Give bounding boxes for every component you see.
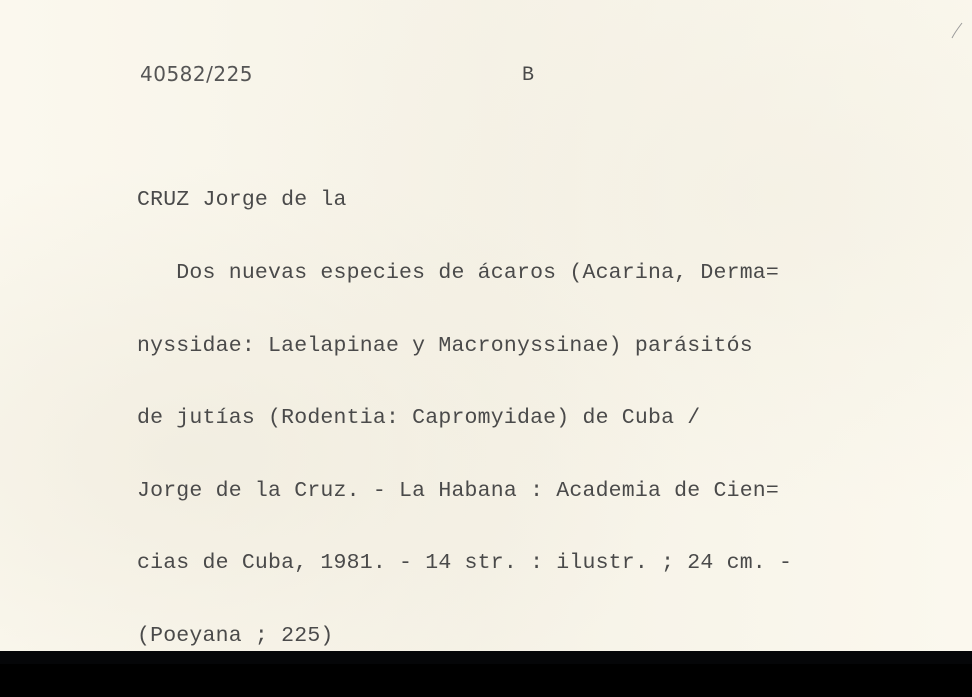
scan-border bbox=[0, 651, 972, 664]
entry-line: Jorge de la Cruz. - La Habana : Academia… bbox=[137, 479, 792, 503]
entry-line: nyssidae: Laelapinae y Macronyssinae) pa… bbox=[137, 334, 792, 358]
entry-line: cias de Cuba, 1981. - 14 str. : ilustr. … bbox=[137, 551, 792, 575]
catalog-card: 40582/225 B CRUZ Jorge de la Dos nuevas … bbox=[0, 0, 972, 651]
pencil-check-mark-icon bbox=[950, 22, 964, 40]
location-code: B bbox=[522, 64, 534, 87]
entry-line: de jutías (Rodentia: Capromyidae) de Cub… bbox=[137, 406, 792, 430]
series-statement: (Poeyana ; 225) bbox=[137, 624, 792, 648]
bibliographic-entry: CRUZ Jorge de la Dos nuevas especies de … bbox=[137, 140, 792, 664]
call-number: 40582/225 bbox=[140, 62, 253, 86]
author-heading: CRUZ Jorge de la bbox=[137, 188, 792, 212]
entry-line: Dos nuevas especies de ácaros (Acarina, … bbox=[137, 261, 792, 285]
